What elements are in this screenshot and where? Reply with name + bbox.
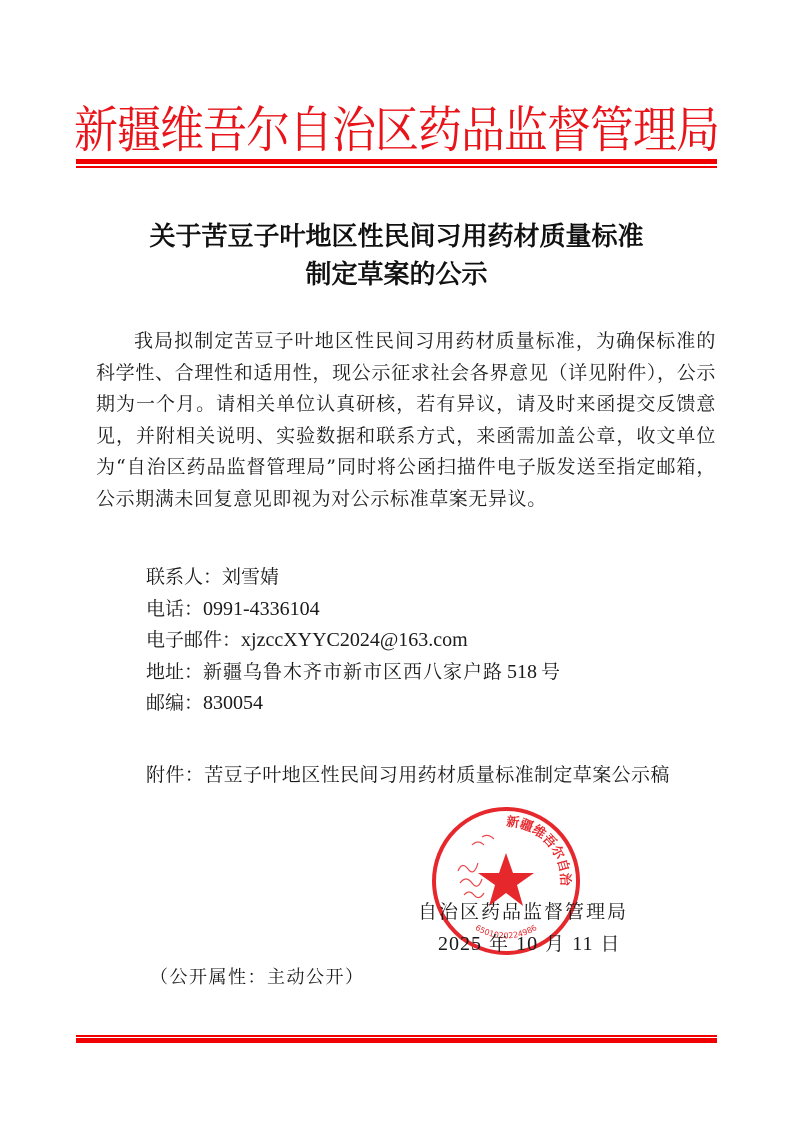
address-label: 地址： [146,661,203,683]
header-divider-thin [76,166,717,168]
address-number: 518 [507,661,537,683]
contact-info: 联系人：刘雪婧 电话：0991-4336104 电子邮件：xjzccXYYC20… [146,562,560,720]
issue-date: 2025 年 10 月 11 日 [438,929,621,956]
email-row: 电子邮件：xjzccXYYC2024@163.com [146,625,560,657]
address-suffix: 号 [541,661,560,683]
masthead-org-name: 新疆维吾尔自治区药品监督管理局 [60,100,733,163]
date-month-unit: 月 [545,933,565,955]
date-day-unit: 日 [601,933,621,955]
phone-row: 电话：0991-4336104 [146,594,560,626]
header-divider-thick [76,159,717,164]
phone-number: 0991-4336104 [203,598,320,620]
address: 新疆乌鲁木齐市新市区西八家户路 [203,661,503,683]
attachment-line: 附件：苦豆子叶地区性民间习用药材质量标准制定草案公示稿 [146,760,670,787]
email-address: xjzccXYYC2024@163.com [241,629,468,651]
address-row: 地址：新疆乌鲁木齐市新市区西八家户路518号 [146,657,560,689]
date-year: 2025 [438,933,482,955]
contact-person: 刘雪婧 [222,566,279,588]
phone-label: 电话： [146,598,203,620]
body-text: 我局拟制定苦豆子叶地区性民间习用药材质量标准，为确保标准的科学性、合理性和适用性… [96,326,716,515]
title-line-2: 制定草案的公示 [80,256,713,294]
contact-person-row: 联系人：刘雪婧 [146,562,560,594]
postcode-row: 邮编：830054 [146,688,560,720]
title-line-1: 关于苦豆子叶地区性民间习用药材质量标准 [80,218,713,256]
footer-divider-thin [76,1035,717,1037]
date-year-unit: 年 [489,933,509,955]
postcode: 830054 [203,692,263,714]
postcode-label: 邮编： [146,692,203,714]
disclosure-attribute: （公开属性：主动公开） [150,963,365,989]
contact-person-label: 联系人： [146,566,222,588]
document-title: 关于苦豆子叶地区性民间习用药材质量标准 制定草案的公示 [80,218,713,294]
email-label: 电子邮件： [146,629,241,651]
footer-divider-thick [76,1038,717,1043]
attachment-label: 附件： [146,764,204,786]
attachment-name: 苦豆子叶地区性民间习用药材质量标准制定草案公示稿 [204,764,670,786]
date-month: 10 [516,933,538,955]
date-day: 11 [572,933,593,955]
body-paragraph: 我局拟制定苦豆子叶地区性民间习用药材质量标准，为确保标准的科学性、合理性和适用性… [96,326,716,515]
issuer-name: 自治区药品监督管理局 [418,897,628,924]
